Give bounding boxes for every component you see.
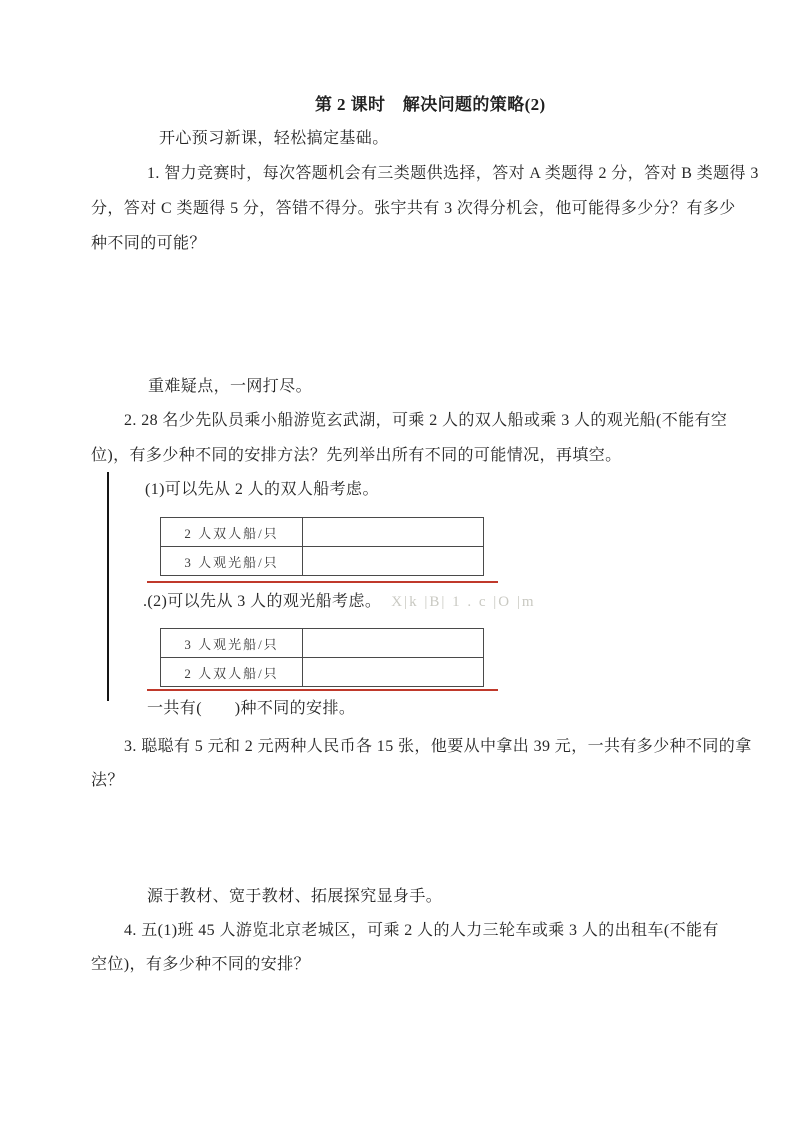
red-underline-2 — [147, 689, 498, 691]
table-answer-cell — [303, 547, 483, 575]
question-1-line-3: 种不同的可能？ — [91, 235, 206, 253]
table-answer-cell — [303, 629, 483, 657]
table-label-cell: 3 人观光船/只 — [161, 547, 303, 575]
boat-table-2: 3 人观光船/只 2 人双人船/只 — [160, 628, 484, 687]
table-label-cell: 2 人双人船/只 — [161, 658, 303, 686]
question-2-part-1-label: (1)可以先从 2 人的双人船考虑。 — [145, 481, 379, 499]
question-2-total-blank: 一共有( )种不同的安排。 — [147, 700, 355, 718]
table-row: 3 人观光船/只 — [161, 629, 483, 657]
question-1-line-1: 1. 智力竞赛时，每次答题机会有三类题供选择，答对 A 类题得 2 分，答对 B… — [147, 165, 759, 183]
table-row: 2 人双人船/只 — [161, 657, 483, 686]
table-answer-cell — [303, 518, 483, 546]
question-4-line-2: 空位)，有多少种不同的安排？ — [91, 956, 310, 974]
table-row: 3 人观光船/只 — [161, 546, 483, 575]
section-header-preview: 开心预习新课，轻松搞定基础。 — [159, 130, 389, 148]
question-2-line-1: 2. 28 名少先队员乘小船游览玄武湖，可乘 2 人的双人船或乘 3 人的观光船… — [124, 412, 727, 430]
question-2-line-2: 位)，有多少种不同的安排方法？先列举出所有不同的可能情况，再填空。 — [91, 447, 622, 465]
red-underline-1 — [147, 581, 498, 583]
boat-table-1: 2 人双人船/只 3 人观光船/只 — [160, 517, 484, 576]
question-2-part-2-label: .(2)可以先从 3 人的观光船考虑。 — [143, 593, 381, 610]
worksheet-page: 第 2 课时 解决问题的策略(2) 开心预习新课，轻松搞定基础。 1. 智力竞赛… — [0, 0, 793, 1122]
question-2-part-2-row: .(2)可以先从 3 人的观光船考虑。X|k |B| 1 . c |O |m — [143, 593, 536, 611]
watermark-text: X|k |B| 1 . c |O |m — [391, 593, 535, 611]
table-label-cell: 3 人观光船/只 — [161, 629, 303, 657]
section-header-key-points: 重难疑点，一网打尽。 — [148, 378, 312, 396]
table-label-cell: 2 人双人船/只 — [161, 518, 303, 546]
question-4-line-1: 4. 五(1)班 45 人游览北京老城区，可乘 2 人的人力三轮车或乘 3 人的… — [124, 922, 719, 940]
section-header-extension: 源于教材、宽于教材、拓展探究显身手。 — [147, 888, 442, 906]
left-margin-rule — [107, 472, 109, 701]
page-title: 第 2 课时 解决问题的策略(2) — [315, 96, 546, 114]
question-1-line-2: 分，答对 C 类题得 5 分，答错不得分。张宇共有 3 次得分机会，他可能得多少… — [91, 200, 736, 218]
question-3-line-2: 法？ — [91, 772, 124, 790]
table-row: 2 人双人船/只 — [161, 518, 483, 546]
table-answer-cell — [303, 658, 483, 686]
question-3-line-1: 3. 聪聪有 5 元和 2 元两种人民币各 15 张，他要从中拿出 39 元，一… — [124, 738, 752, 756]
